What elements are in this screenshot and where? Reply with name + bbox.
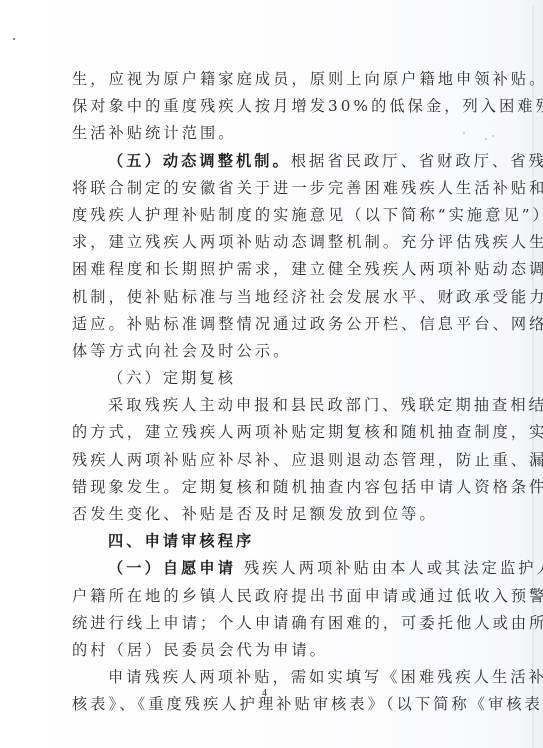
line-text: （六）定期复核 (108, 369, 236, 387)
text-line: 机制，使补贴标准与当地经济社会发展水平、财政承受能力相 (72, 284, 460, 311)
text-line: 的方式，建立残疾人两项补贴定期复核和随机抽查制度，实行 (72, 419, 460, 446)
line-text: 统进行线上申请；个人申请确有困难的，可委托他人或由所在 (72, 614, 543, 632)
line-text: 求，建立残疾人两项补贴动态调整机制。充分评估残疾人生活 (72, 233, 543, 251)
line-text: 适应。补贴标准调整情况通过政务公开栏、信息平台、网络媒 (72, 315, 543, 333)
line-text: 的方式，建立残疾人两项补贴定期复核和随机抽查制度，实行 (72, 423, 543, 441)
text-line: 统进行线上申请；个人申请确有困难的，可委托他人或由所在 (72, 610, 460, 637)
text-line: 将联合制定的安徽省关于进一步完善困难残疾人生活补贴和重 (72, 175, 460, 202)
text-line: 的村（居）民委员会代为申请。 (72, 637, 460, 664)
text-line: 生，应视为原户籍家庭成员，原则上向原户籍地申领补贴。低 (72, 66, 460, 93)
text-line: 户籍所在地的乡镇人民政府提出书面申请或通过低收入预警系 (72, 583, 460, 610)
line-text: 度残疾人护理补贴制度的实施意见（以下简称“实施意见”）要 (72, 206, 543, 224)
section-heading-application-procedure: 四、申请审核程序 (108, 532, 254, 550)
scanned-page: 生，应视为原户籍家庭成员，原则上向原户籍地申领补贴。低 保对象中的重度残疾人按月… (0, 0, 543, 748)
scan-speck (485, 138, 487, 140)
line-text: 体等方式向社会及时公示。 (72, 342, 291, 360)
scan-speck (492, 135, 494, 137)
text-line: （五）动态调整机制。根据省民政厅、省财政厅、省残联 (72, 148, 460, 175)
line-text: 申请残疾人两项补贴，需如实填写《困难残疾人生活补贴审 (108, 668, 543, 686)
text-line: 困难程度和长期照护需求，建立健全残疾人两项补贴动态调整 (72, 256, 460, 283)
text-line: 四、申请审核程序 (72, 528, 460, 555)
text-line: 否发生变化、补贴是否及时足额发放到位等。 (72, 501, 460, 528)
text-line: （一）自愿申请 残疾人两项补贴由本人或其法定监护人向 (72, 555, 460, 582)
line-text: 采取残疾人主动申报和县民政部门、残联定期抽查相结合 (108, 396, 543, 414)
section-heading-voluntary-application: （一）自愿申请 (108, 559, 236, 577)
text-line: 残疾人两项补贴应补尽补、应退则退动态管理，防止重、漏、 (72, 447, 460, 474)
line-text: 保对象中的重度残疾人按月增发30%的低保金，列入困难残疾人 (72, 97, 543, 115)
line-text: 否发生变化、补贴是否及时足额发放到位等。 (72, 505, 438, 523)
text-line: 错现象发生。定期复核和随机抽查内容包括申请人资格条件是 (72, 474, 460, 501)
line-text: 残疾人两项补贴应补尽补、应退则退动态管理，防止重、漏、 (72, 451, 543, 469)
section-heading-periodic-review: （六）定期复核 (72, 365, 460, 392)
text-line: 体等方式向社会及时公示。 (72, 338, 460, 365)
line-text: 生，应视为原户籍家庭成员，原则上向原户籍地申领补贴。低 (72, 70, 543, 88)
text-line: 度残疾人护理补贴制度的实施意见（以下简称“实施意见”）要 (72, 202, 460, 229)
text-line: 求，建立残疾人两项补贴动态调整机制。充分评估残疾人生活 (72, 229, 460, 256)
line-text: 根据省民政厅、省财政厅、省残联 (291, 152, 543, 170)
document-body: 生，应视为原户籍家庭成员，原则上向原户籍地申领补贴。低 保对象中的重度残疾人按月… (72, 66, 460, 719)
scan-speck (463, 132, 465, 134)
text-line: 生活补贴统计范围。 (72, 120, 460, 147)
text-line: 采取残疾人主动申报和县民政部门、残联定期抽查相结合 (72, 392, 460, 419)
line-text: 错现象发生。定期复核和随机抽查内容包括申请人资格条件是 (72, 478, 543, 496)
page-number: 4 (262, 688, 267, 699)
page-edge-shadow (532, 6, 534, 748)
text-line: 适应。补贴标准调整情况通过政务公开栏、信息平台、网络媒 (72, 311, 460, 338)
text-line: 保对象中的重度残疾人按月增发30%的低保金，列入困难残疾人 (72, 93, 460, 120)
line-text: 将联合制定的安徽省关于进一步完善困难残疾人生活补贴和重 (72, 179, 543, 197)
scan-speck (13, 38, 15, 40)
section-heading-dynamic-adjustment: （五）动态调整机制。 (108, 152, 291, 170)
line-text: 的村（居）民委员会代为申请。 (72, 641, 328, 659)
line-text: 机制，使补贴标准与当地经济社会发展水平、财政承受能力相 (72, 288, 543, 306)
line-text: 核表》、《重度残疾人护理补贴审核表》（以下简称《审核表》）， (72, 695, 543, 713)
line-text: 困难程度和长期照护需求，建立健全残疾人两项补贴动态调整 (72, 260, 543, 278)
line-text: 户籍所在地的乡镇人民政府提出书面申请或通过低收入预警系 (72, 587, 543, 605)
line-text: 残疾人两项补贴由本人或其法定监护人向 (236, 559, 543, 577)
line-text: 生活补贴统计范围。 (72, 124, 237, 142)
